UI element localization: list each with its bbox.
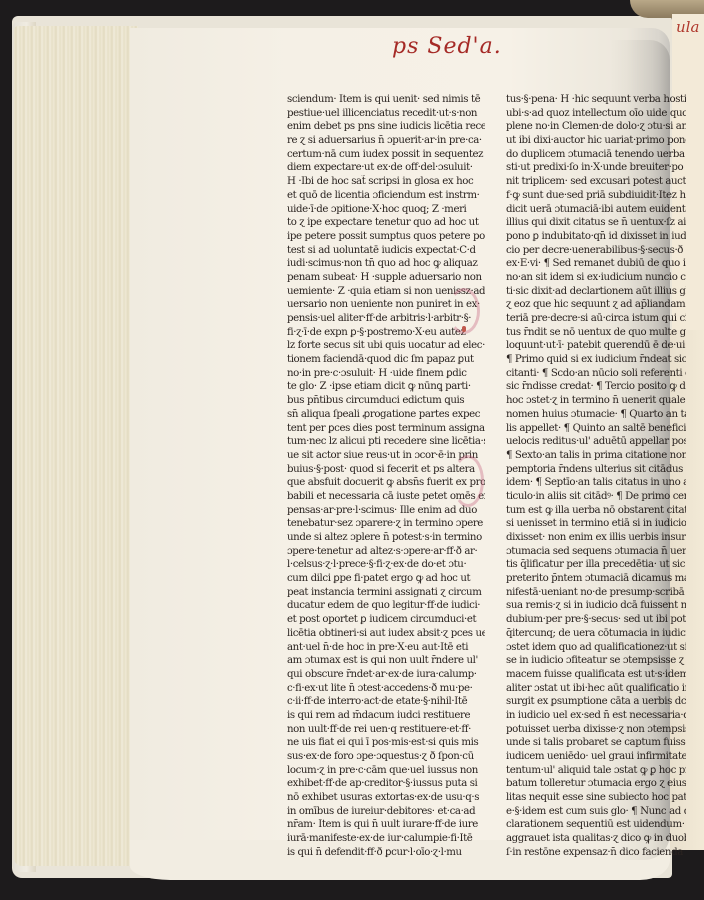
- text-line: plene no·in Clemen·de dolo·ɀ ɔtu·si an e…: [506, 120, 686, 134]
- text-line: locum·ɀ in pre·c·cām que·uel iussus non: [287, 764, 485, 778]
- text-line: is qui n̄ defendit·ff·ð ꝑcur·l·oīo·ɀ·l·m…: [287, 846, 485, 860]
- text-line: uide·ī·de ɔpitione·X·hoc quoq; Z ·meri: [287, 203, 485, 217]
- text-line: ɀ eoz que hic sequunt ɀ ad ap̄liandam ma: [506, 298, 686, 312]
- library-stamp-mark: [452, 455, 484, 507]
- text-line: tionem faciendā·quod dic ſm papaz ꝑut: [287, 353, 485, 367]
- text-line: no·an sit idem si ex·iudicium nuncio cit…: [506, 271, 686, 285]
- text-line: tent per ꝑces dies post terminum assigna: [287, 422, 485, 436]
- text-line: citanti· ¶ Scd̄o·an nūcio soli referenti…: [506, 367, 686, 381]
- text-line: re ɀ si aduersarius n̄ ɔpuerit·ar·in pre…: [287, 134, 485, 148]
- text-line: sic r̄ndisse credat· ¶ Tercio posito ꝙ d…: [506, 380, 686, 394]
- text-line: bus pn̄tibus circumduci edictum ꝗuis: [287, 394, 485, 408]
- text-line: sus·ex·de foro ɔpe·ɔquestus·ɀ ð ſpon·cū: [287, 750, 485, 764]
- text-line: nō exhibet usuras extortas·ex·de usu·q·s: [287, 791, 485, 805]
- text-line: am ɔtumax est is qui non uult r̄ndere ul…: [287, 654, 485, 668]
- running-head: ps Sed'a.: [392, 34, 502, 59]
- text-line: dubium·per pre·§·secus· sed ut ibi potes…: [506, 613, 686, 627]
- text-line: batum tolleretur ɔtumacia ergo ɀ eius q̄: [506, 777, 686, 791]
- book-photograph: ula ps Sed'a. sciendum· Item is qui ueni…: [0, 0, 704, 900]
- text-line: ɔtumacia sed sequens ɔtumacia n̄ uenien·: [506, 545, 686, 559]
- text-line: penam subeat· H ·supple aduersario non: [287, 271, 485, 285]
- text-line: c·ii·ff·de interro·act·de etate·§·nihil·…: [287, 695, 485, 709]
- text-line: to ɀ ipe expectare tenetur quo ad hoc ut: [287, 216, 485, 230]
- text-line: in iudicio uel ex·sed n̄ est necessaria·…: [506, 709, 686, 723]
- text-line: licētia obtineri·si aut iudex absit·ɀ pc…: [287, 627, 485, 641]
- facing-page-heading: ula: [676, 18, 699, 36]
- text-line: loquunt·ut·ī· patebit querendū ē de·ui·: [506, 339, 686, 353]
- text-line: et quō de licentia ɔficiendum est instrm…: [287, 189, 485, 203]
- text-line: te glo· Z ·ipse etiam dicit ꝙ nūnꝗ parti…: [287, 380, 485, 394]
- text-line: q̄itercunq; de uera cōtumacia in iudicio: [506, 627, 686, 641]
- text-line: se in iudicio ɔfiteatur se ɔtempsisse ɀ …: [506, 654, 686, 668]
- text-line: ɔstet idem quo ad qualificationez·ut sic: [506, 641, 686, 655]
- text-line: pensas·ar·pre·l·scimus· Ille enim ad duo: [287, 504, 485, 518]
- text-line: nit triplicem· sed excusari potest aucto…: [506, 175, 686, 189]
- text-line: tus·§·pena· H ·hic sequunt verba hosti·: [506, 93, 686, 107]
- text-line: sn̄ aliqua ſpeali ꝓrogatione partes expe…: [287, 408, 485, 422]
- text-line: sciendum· Item is qui uenit· sed nimis t…: [287, 93, 485, 107]
- text-line: peat instancia termini assignati ɀ circu…: [287, 586, 485, 600]
- text-line: e·§·idem est cum suis glo· ¶ Nunc ad d: [506, 805, 686, 819]
- text-line: cio per decre·uenerabilibus·§·secus·ð se…: [506, 244, 686, 258]
- red-ink-mark: [462, 326, 466, 332]
- text-line: exhibet·ff·de ap·creditor·§·iussus puta …: [287, 777, 485, 791]
- text-line: tum est ꝙ illa uerba nō obstarent citata: [506, 504, 686, 518]
- text-line: iudicem ueniēdo· uel graui infirmitate d: [506, 750, 686, 764]
- text-line: aliter ɔstat ut ibi·hec aūt qualificatio…: [506, 682, 686, 696]
- text-line: lz forte secus sit ubi quis uocatur ad e…: [287, 339, 485, 353]
- text-line: diem expectare·ut ex·de off·del·ɔsuluit·: [287, 161, 485, 175]
- text-line: tum·nec lz alicui pti recedere sine licē…: [287, 435, 485, 449]
- text-line: H ·Ibi de hoc sat̃ scripsi in glosa ex h…: [287, 175, 485, 189]
- text-line: ſ·in restōne expensaz·n̄ dico facienda s…: [506, 846, 686, 860]
- text-line: tentum·ul' aliquid tale ɔstat ꝙ ꝑ hoc pr…: [506, 764, 686, 778]
- text-line: nifestā·ueniant no·de presump·scribā cū: [506, 586, 686, 600]
- text-line: qui obscure r̄ndet·ar·ex·de iura·calump·: [287, 668, 485, 682]
- text-line: ticulo·in aliis sit citādꝰ· ¶ De primo c…: [506, 490, 686, 504]
- text-line: f·ꝙ sunt due·sed priā subdiuidit·Itez hi…: [506, 189, 686, 203]
- text-line: illius qui dixit citatus se n̄ uentux·ſz…: [506, 216, 686, 230]
- text-line: certum·nā cum iudex possit in sequentez: [287, 148, 485, 162]
- text-line: sua remis·ɀ si in iudicio dcā fuissent n…: [506, 599, 686, 613]
- text-line: ti·sic dixit·ad declartionem aūt illius …: [506, 285, 686, 299]
- page-stack: [14, 26, 138, 866]
- text-line: preterito p̄ntem ɔtumaciā dicamus ma·: [506, 572, 686, 586]
- text-line: ¶ Sexto·an talis in prima citatione non: [506, 449, 686, 463]
- text-line: tis q̄lificatur per illa precedētia· ut …: [506, 558, 686, 572]
- text-line: lis appellet· ¶ Quinto an saltē benefici…: [506, 422, 686, 436]
- text-line: nomen huius ɔtumacie· ¶ Quarto an ta: [506, 408, 686, 422]
- text-line: nr̄am· Item is qui n̄ uult iurare·ff·de …: [287, 818, 485, 832]
- text-line: clarationem sequentiū est uidendum· qd: [506, 818, 686, 832]
- text-line: do duplicem ɔtumaciā tenendo uerba ho: [506, 148, 686, 162]
- text-line: ɔpere·tenetur ad altez·s·ɔpere·ar·ff·ð a…: [287, 545, 485, 559]
- text-line: pestiue·uel illicenciatus recedit·ut·s·n…: [287, 107, 485, 121]
- text-line: cum dilci ꝑpe fi·patet ergo ꝙ ad hoc ut: [287, 572, 485, 586]
- text-line: ex·E·vi· ¶ Sed remanet dubiū de quo ibi: [506, 257, 686, 271]
- text-column-right: tus·§·pena· H ·hic sequunt verba hosti·u…: [506, 93, 686, 860]
- text-line: ducatur edem de quo legitur·ff·de iudici…: [287, 599, 485, 613]
- text-line: ue sit actor siue reus·ut in ɔcor·ē·in p…: [287, 449, 485, 463]
- text-line: hoc ɔstet·ɀ in termino n̄ uenerit quale …: [506, 394, 686, 408]
- text-line: sti·ut predixi·ſo in·X·unde breuiter·po: [506, 161, 686, 175]
- text-line: dicit uerā ɔtumaciā·ibi autem euidentez: [506, 203, 686, 217]
- text-line: ubi·s·ad quoz intellectum oīo uide quod: [506, 107, 686, 121]
- text-line: c·fi·ex·ut lite n̄ ɔtest·accedens·ð mu·p…: [287, 682, 485, 696]
- text-line: ¶ Primo quid si ex iudicium r̄ndeat sic: [506, 353, 686, 367]
- text-line: ne uis fiat ei qui ī pos·mis·est·si quis…: [287, 736, 485, 750]
- text-line: unde si altez ɔplere n̄ potest·s·in term…: [287, 531, 485, 545]
- text-line: idem· ¶ Septīo·an talis citatus in uno a…: [506, 476, 686, 490]
- text-line: dixisset· non enim ex illis uerbis insur…: [506, 531, 686, 545]
- text-line: teriā pre·decre·si aū·circa istum qui ci…: [506, 312, 686, 326]
- text-line: ipe petere possit sumptus quos petere po: [287, 230, 485, 244]
- text-line: unde si talis probaret se captum fuisse …: [506, 736, 686, 750]
- text-line: non uult·ff·de rei uen·q restituere·et·f…: [287, 723, 485, 737]
- text-line: iurā·manifeste·ex·de iur·calumpie·fi·Itē: [287, 832, 485, 846]
- text-line: si uenisset in termino etiā si in iudici…: [506, 517, 686, 531]
- text-line: pono ꝑ indubitato·qn̄ id dixisset in iud…: [506, 230, 686, 244]
- text-line: is qui rem ad m̄dacum iudci restituere: [287, 709, 485, 723]
- text-line: in omībus de iureiur·debitores· et·ca·ad: [287, 805, 485, 819]
- text-line: uelocis reditus·ul' aduētū appellar poss…: [506, 435, 686, 449]
- text-line: pemptoria r̄ndens ulterius sit citādus a…: [506, 463, 686, 477]
- text-line: ut ibi dixi·auctor hic uariat·primo ponē: [506, 134, 686, 148]
- text-line: surgit ex ꝑsumptione cāta a uerbis dcīs: [506, 695, 686, 709]
- text-line: no·in pre·c·ɔsuluit· H ·uide finem ꝑdic: [287, 367, 485, 381]
- text-line: iudi·scimus·non tn̄ quo ad hoc ꝙ aliquaz: [287, 257, 485, 271]
- text-line: l·celsus·ɀ·l·prece·§·fi·ɀ·ex·de do·et ɔt…: [287, 558, 485, 572]
- text-line: aggrauet ista qualitas·ɀ dico ꝙ in duobꝰ: [506, 832, 686, 846]
- text-line: enim debet ps pns sine iudicis licētia r…: [287, 120, 485, 134]
- text-line: test si ad uoluntatē iudicis expectat·C·…: [287, 244, 485, 258]
- text-line: potuisset uerba dixisse·ɀ non ɔtempsisse: [506, 723, 686, 737]
- text-line: macem fuisse qualificata est ut·s·idem s…: [506, 668, 686, 682]
- text-line: et post oportet ꝑ iudicem circumduci·et: [287, 613, 485, 627]
- text-line: ant·uel n̄·de hoc in pre·X·eu aut·Itē et…: [287, 641, 485, 655]
- text-line: litas nequit esse sine subiecto hoc pate…: [506, 791, 686, 805]
- text-line: tenebatur·sez ɔparere·ɀ in termino ɔpere: [287, 517, 485, 531]
- text-line: tus r̄ndit se nō uentux de quo multe glo…: [506, 326, 686, 340]
